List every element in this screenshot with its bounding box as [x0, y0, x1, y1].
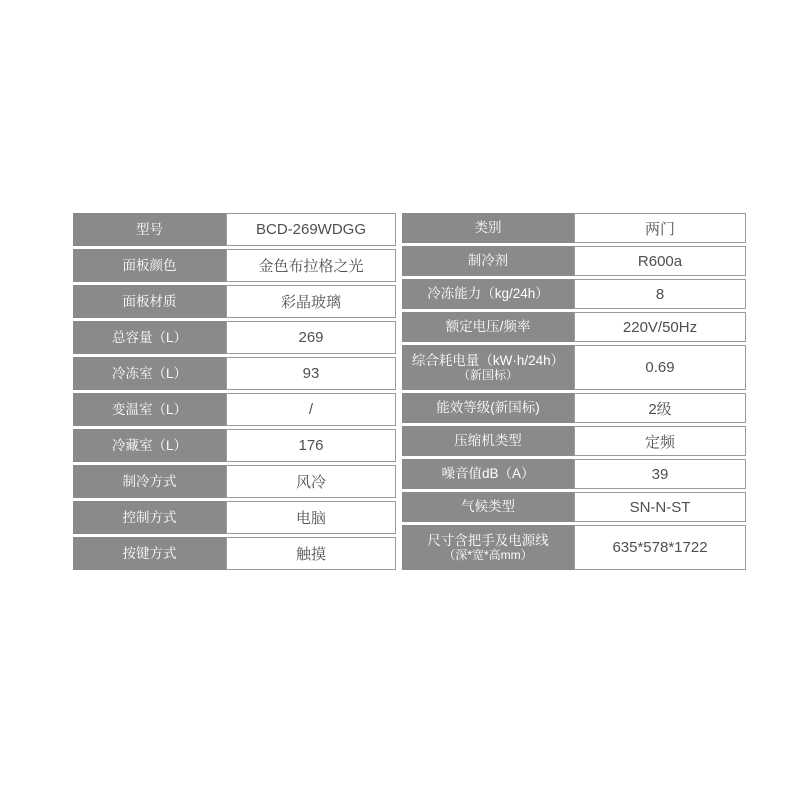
spec-label-cell: 冷藏室（L） — [73, 429, 226, 462]
spec-label-cell: 总容量（L） — [73, 321, 226, 354]
spec-row-right-1: 制冷剂R600a — [402, 246, 746, 276]
spec-label-text: 面板材质 — [123, 294, 177, 310]
spec-label-text: 尺寸含把手及电源线 — [427, 533, 549, 549]
spec-label-cell: 尺寸含把手及电源线（深*宽*高mm） — [402, 525, 574, 570]
spec-row-left-5: 变温室（L）/ — [73, 393, 396, 426]
spec-row-left-6: 冷藏室（L）176 — [73, 429, 396, 462]
spec-value-cell: 176 — [226, 429, 396, 462]
spec-value-cell: BCD-269WDGG — [226, 213, 396, 246]
spec-label-cell: 制冷方式 — [73, 465, 226, 498]
spec-row-right-6: 压缩机类型定频 — [402, 426, 746, 456]
spec-label-text: 面板颜色 — [123, 258, 177, 274]
spec-value-cell: 触摸 — [226, 537, 396, 570]
spec-value-cell: 彩晶玻璃 — [226, 285, 396, 318]
spec-label-cell: 类别 — [402, 213, 574, 243]
spec-label-cell: 冷冻能力（kg/24h） — [402, 279, 574, 309]
spec-label-cell: 面板材质 — [73, 285, 226, 318]
spec-value-cell: 定频 — [574, 426, 746, 456]
spec-row-right-2: 冷冻能力（kg/24h）8 — [402, 279, 746, 309]
spec-label-cell: 控制方式 — [73, 501, 226, 534]
spec-value-cell: 两门 — [574, 213, 746, 243]
spec-row-left-9: 按键方式触摸 — [73, 537, 396, 570]
spec-table-right-column-group: 类别两门制冷剂R600a冷冻能力（kg/24h）8额定电压/频率220V/50H… — [402, 213, 746, 570]
spec-row-left-0: 型号BCD-269WDGG — [73, 213, 396, 246]
spec-table-left-column-group: 型号BCD-269WDGG面板颜色金色布拉格之光面板材质彩晶玻璃总容量（L）26… — [73, 213, 396, 570]
spec-value-cell: / — [226, 393, 396, 426]
spec-label-text: 制冷剂 — [468, 253, 509, 269]
spec-value-cell: 8 — [574, 279, 746, 309]
spec-label-text: 类别 — [475, 220, 502, 236]
spec-value-cell: 电脑 — [226, 501, 396, 534]
spec-row-left-7: 制冷方式风冷 — [73, 465, 396, 498]
spec-label-text: 总容量（L） — [112, 330, 187, 346]
spec-label-text: 变温室（L） — [112, 402, 187, 418]
spec-label-subtext: （深*宽*高mm） — [443, 548, 532, 562]
spec-label-text: 综合耗电量（kW·h/24h） — [412, 353, 564, 369]
spec-value-cell: 金色布拉格之光 — [226, 249, 396, 282]
spec-row-right-3: 额定电压/频率220V/50Hz — [402, 312, 746, 342]
spec-value-cell: 269 — [226, 321, 396, 354]
spec-label-cell: 压缩机类型 — [402, 426, 574, 456]
spec-label-text: 冷冻能力（kg/24h） — [427, 286, 549, 302]
spec-label-text: 型号 — [136, 222, 163, 238]
spec-label-text: 能效等级(新国标) — [436, 400, 540, 416]
spec-row-left-8: 控制方式电脑 — [73, 501, 396, 534]
spec-label-cell: 气候类型 — [402, 492, 574, 522]
product-spec-table: 型号BCD-269WDGG面板颜色金色布拉格之光面板材质彩晶玻璃总容量（L）26… — [73, 213, 746, 570]
spec-value-cell: 风冷 — [226, 465, 396, 498]
spec-value-cell: 39 — [574, 459, 746, 489]
spec-label-cell: 型号 — [73, 213, 226, 246]
spec-row-left-3: 总容量（L）269 — [73, 321, 396, 354]
spec-label-cell: 能效等级(新国标) — [402, 393, 574, 423]
spec-row-right-5: 能效等级(新国标)2级 — [402, 393, 746, 423]
spec-label-cell: 额定电压/频率 — [402, 312, 574, 342]
spec-label-text: 噪音值dB（A） — [441, 466, 534, 482]
spec-row-right-4: 综合耗电量（kW·h/24h）（新国标）0.69 — [402, 345, 746, 390]
spec-label-cell: 冷冻室（L） — [73, 357, 226, 390]
spec-row-right-8: 气候类型SN-N-ST — [402, 492, 746, 522]
spec-label-text: 按键方式 — [123, 546, 177, 562]
spec-label-cell: 面板颜色 — [73, 249, 226, 282]
spec-value-cell: 2级 — [574, 393, 746, 423]
spec-value-cell: R600a — [574, 246, 746, 276]
spec-label-text: 气候类型 — [461, 499, 515, 515]
spec-value-cell: 0.69 — [574, 345, 746, 390]
spec-value-cell: SN-N-ST — [574, 492, 746, 522]
spec-label-cell: 变温室（L） — [73, 393, 226, 426]
spec-label-cell: 制冷剂 — [402, 246, 574, 276]
spec-row-right-0: 类别两门 — [402, 213, 746, 243]
spec-row-left-1: 面板颜色金色布拉格之光 — [73, 249, 396, 282]
spec-label-subtext: （新国标） — [458, 368, 518, 382]
spec-label-text: 控制方式 — [123, 510, 177, 526]
spec-row-right-7: 噪音值dB（A）39 — [402, 459, 746, 489]
spec-label-text: 压缩机类型 — [454, 433, 522, 449]
spec-label-text: 制冷方式 — [123, 474, 177, 490]
spec-row-left-4: 冷冻室（L）93 — [73, 357, 396, 390]
spec-value-cell: 635*578*1722 — [574, 525, 746, 570]
spec-value-cell: 93 — [226, 357, 396, 390]
spec-row-left-2: 面板材质彩晶玻璃 — [73, 285, 396, 318]
spec-label-cell: 噪音值dB（A） — [402, 459, 574, 489]
spec-row-right-9: 尺寸含把手及电源线（深*宽*高mm）635*578*1722 — [402, 525, 746, 570]
spec-label-text: 额定电压/频率 — [446, 319, 531, 335]
spec-label-text: 冷冻室（L） — [112, 366, 187, 382]
spec-value-cell: 220V/50Hz — [574, 312, 746, 342]
spec-label-text: 冷藏室（L） — [112, 438, 187, 454]
spec-label-cell: 综合耗电量（kW·h/24h）（新国标） — [402, 345, 574, 390]
spec-label-cell: 按键方式 — [73, 537, 226, 570]
